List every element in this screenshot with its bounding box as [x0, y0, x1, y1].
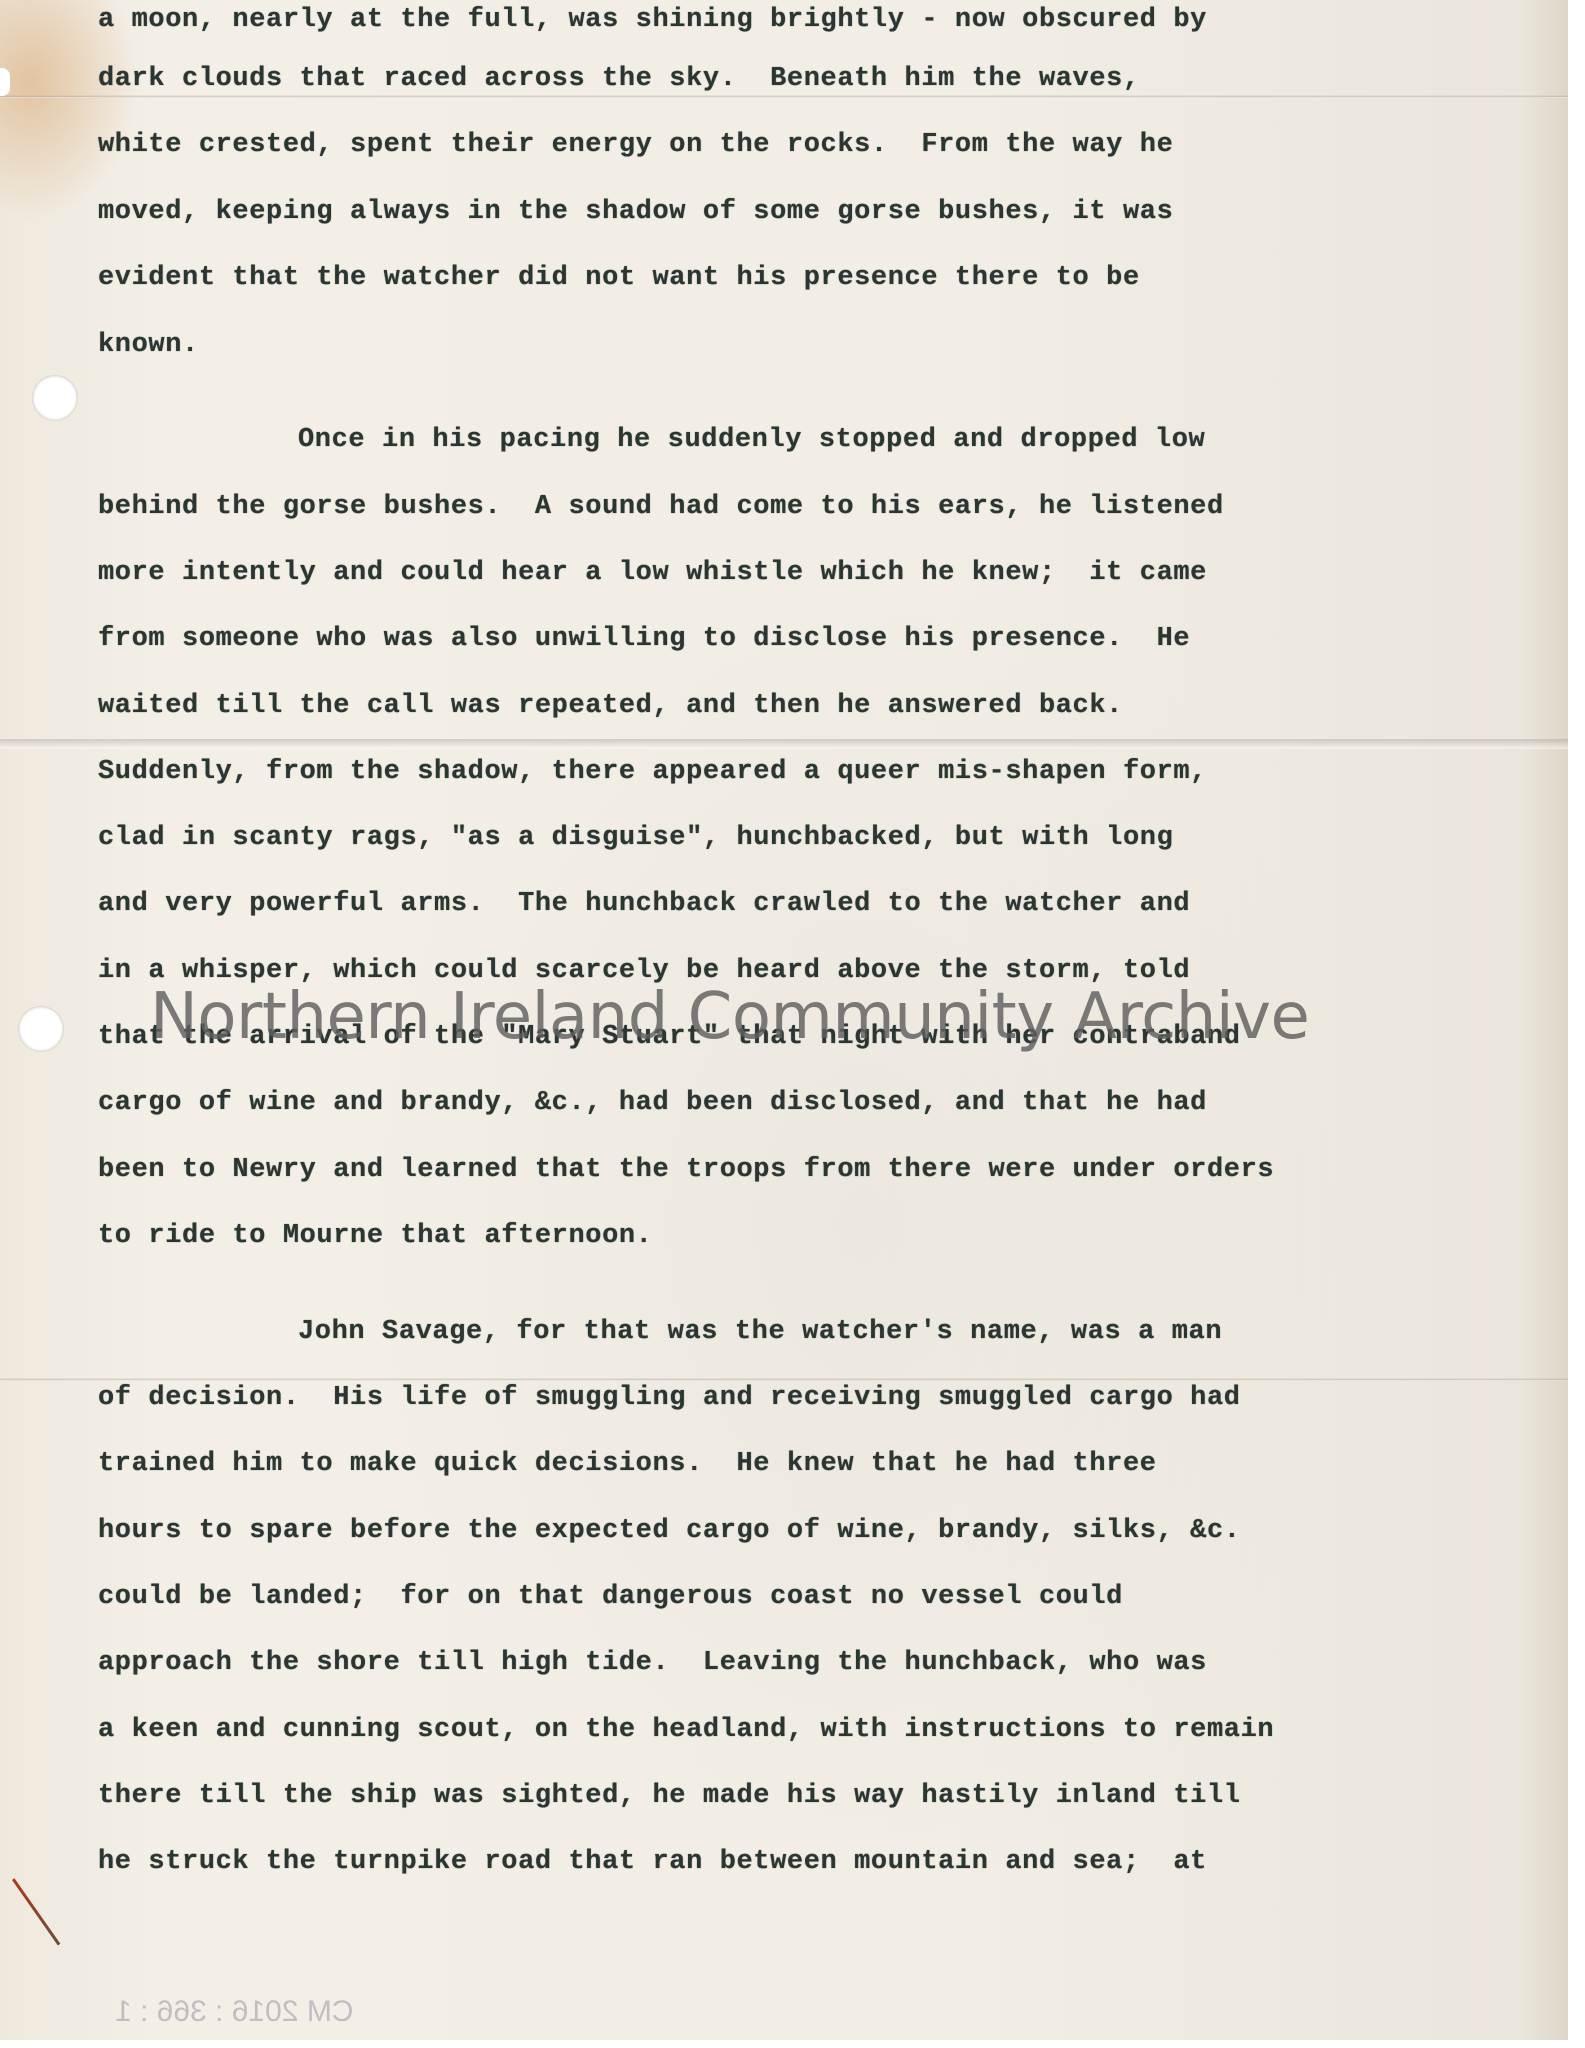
text-line: been to Newry and learned that the troop…	[98, 1150, 1274, 1190]
text-line: behind the gorse bushes. A sound had com…	[98, 487, 1224, 527]
text-line: white crested, spent their energy on the…	[98, 125, 1173, 165]
text-line: cargo of wine and brandy, &c., had been …	[98, 1083, 1207, 1123]
scanned-paper-page: a moon, nearly at the full, was shining …	[0, 0, 1568, 2040]
text-line: of decision. His life of smuggling and r…	[98, 1378, 1241, 1418]
text-line: approach the shore till high tide. Leavi…	[98, 1643, 1207, 1683]
text-line: moved, keeping always in the shadow of s…	[98, 192, 1173, 232]
text-line: more intently and could hear a low whist…	[98, 553, 1207, 593]
paragraph-first-line: John Savage, for that was the watcher's …	[298, 1312, 1222, 1352]
text-line: clad in scanty rags, "as a disguise", hu…	[98, 818, 1173, 858]
text-line: he struck the turnpike road that ran bet…	[98, 1842, 1207, 1882]
text-line: Suddenly, from the shadow, there appeare…	[98, 752, 1207, 792]
punch-hole-icon	[32, 375, 78, 421]
punch-hole-icon	[18, 1006, 64, 1052]
torn-edge-nick	[0, 68, 10, 96]
archive-reference-number: CM 2016 : 366 : 1	[115, 1995, 353, 2029]
text-line: known.	[98, 325, 199, 365]
text-line: to ride to Mourne that afternoon.	[98, 1216, 653, 1256]
text-line: waited till the call was repeated, and t…	[98, 686, 1123, 726]
text-line: evident that the watcher did not want hi…	[98, 258, 1140, 298]
scan-background-edge	[0, 2040, 1585, 2048]
archive-watermark: Northern Ireland Community Archive	[150, 980, 1309, 1054]
text-line: there till the ship was sighted, he made…	[98, 1776, 1241, 1816]
pencil-mark	[12, 1878, 60, 1945]
text-line: and very powerful arms. The hunchback cr…	[98, 884, 1190, 924]
text-line: a keen and cunning scout, on the headlan…	[98, 1710, 1274, 1750]
text-line: could be landed; for on that dangerous c…	[98, 1577, 1123, 1617]
text-line: a moon, nearly at the full, was shining …	[98, 0, 1207, 40]
paragraph-first-line: Once in his pacing he suddenly stopped a…	[298, 420, 1205, 460]
paper-fold-crease	[0, 739, 1568, 749]
text-line: trained him to make quick decisions. He …	[98, 1444, 1157, 1484]
text-line: dark clouds that raced across the sky. B…	[98, 59, 1140, 99]
text-line: from someone who was also unwilling to d…	[98, 619, 1190, 659]
text-line: hours to spare before the expected cargo…	[98, 1511, 1241, 1551]
scan-background-edge	[1568, 0, 1585, 2048]
